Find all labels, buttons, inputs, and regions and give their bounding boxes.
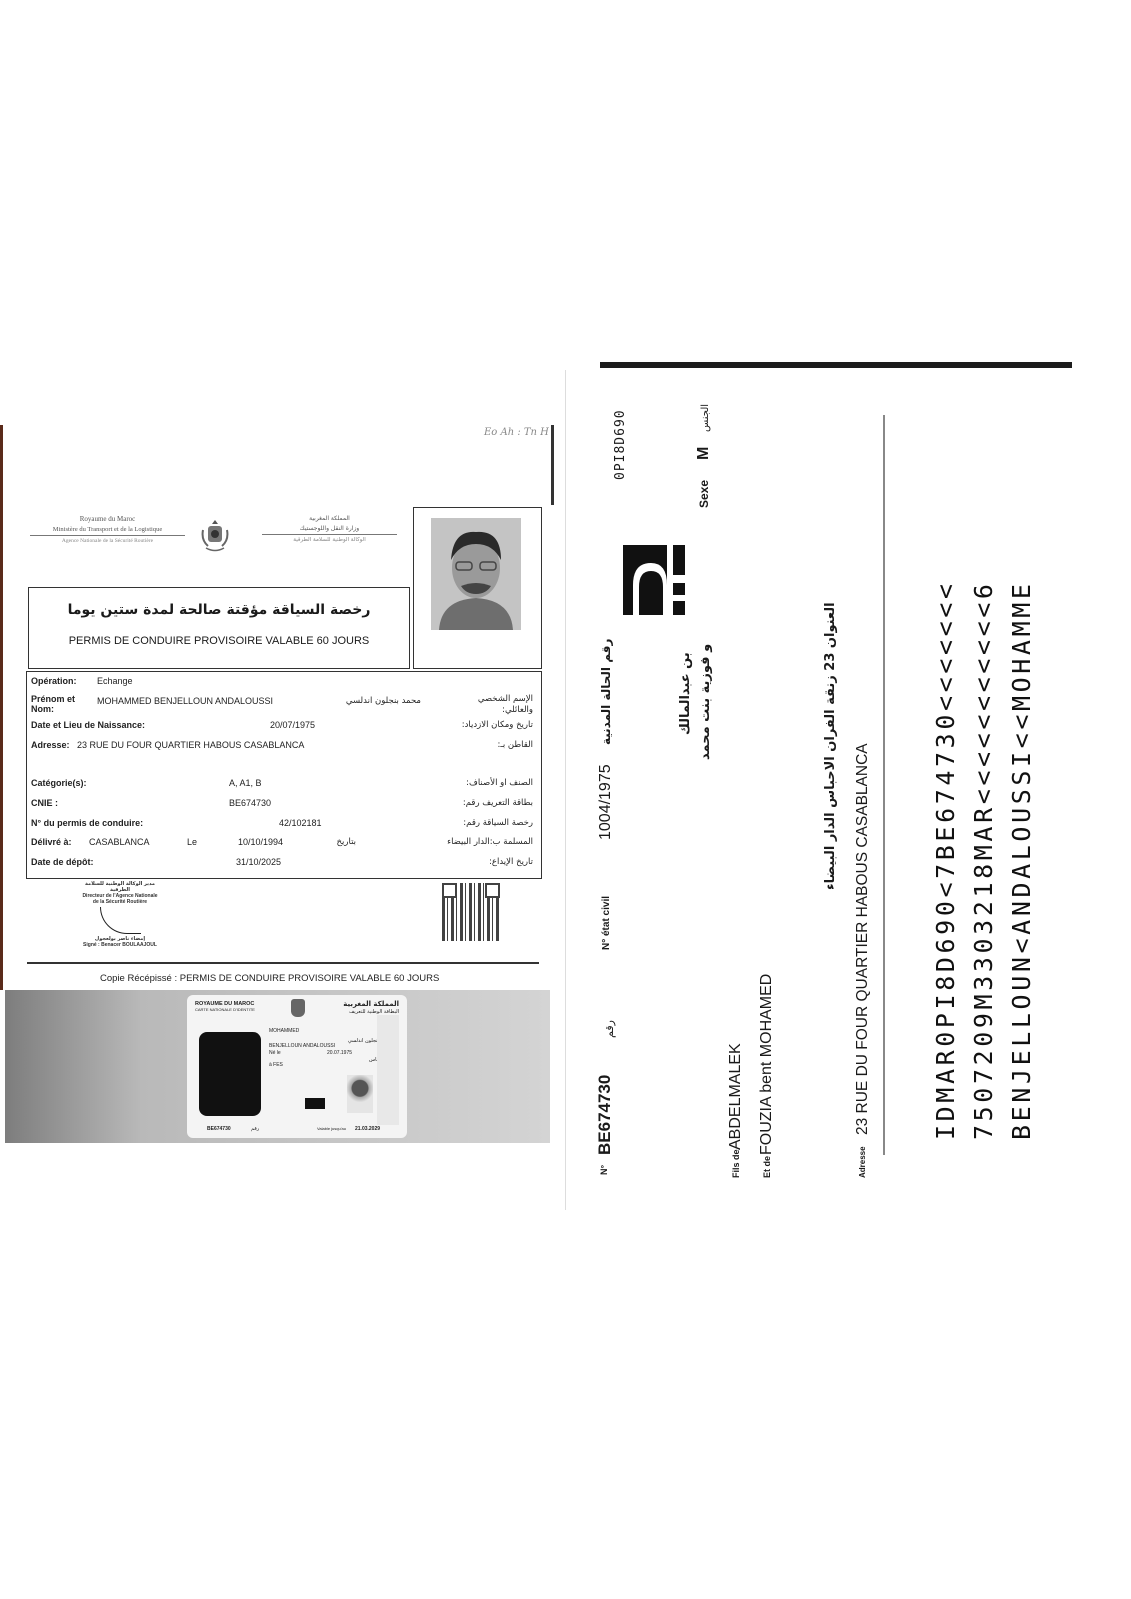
mother-name-ar: و فوزية بنت محمد: [698, 644, 713, 760]
qr-code-icon: [442, 883, 500, 941]
mother-name: FOUZIA bent MOHAMED: [758, 974, 776, 1155]
signature-scribble-icon: [100, 907, 141, 934]
father-name: ABDELMALEK: [727, 1043, 745, 1150]
provisional-permit-scan: Eo Ah : Tn H Royaume du Maroc Ministère …: [0, 425, 555, 1143]
coat-of-arms-icon: [200, 518, 230, 554]
permit-title-box: رخصة السياقة مؤقتة صالحة لمدة ستين يوما …: [28, 587, 410, 669]
coat-of-arms-icon: [291, 999, 305, 1017]
sex-value: M: [695, 447, 713, 460]
address-label: Adresse: [858, 1146, 867, 1178]
sex-label: Sexe: [697, 480, 711, 508]
redacted-photo: [199, 1032, 261, 1116]
header-french: Royaume du Maroc Ministère du Transport …: [30, 515, 185, 544]
civil-status-label: N° état civil: [601, 896, 612, 950]
address-ar: العنوان 23 زنقة الفران الاحباس الدار الب…: [823, 602, 838, 890]
chip-icon: [623, 545, 685, 615]
scan-edge: [600, 362, 1072, 368]
permit-title-ar: رخصة السياقة مؤقتة صالحة لمدة ستين يوما: [29, 602, 409, 618]
director-signature: مدير الوكالة الوطنية للسلامة الطرقية Dir…: [75, 881, 165, 948]
divider: [883, 415, 885, 1155]
redacted-field: [305, 1098, 325, 1109]
header-kingdom: Royaume du Maroc: [30, 515, 185, 523]
header-ministry: Ministère du Transport et de la Logistiq…: [30, 526, 185, 533]
card-number: BE674730: [595, 1075, 615, 1155]
id-small-photo: [347, 1075, 373, 1113]
header-agency: Agence Nationale de la Sécurité Routière: [30, 538, 185, 544]
scan-edge: [0, 425, 3, 990]
mrz-line-1: IDMAR0PI8D690<7BE674730<<<<<<<: [931, 580, 960, 1140]
father-name-ar: بن عبدالمالك: [678, 652, 693, 735]
mother-label: Et de: [762, 1156, 772, 1178]
holder-photo: [431, 518, 521, 630]
address-value: 23 RUE DU FOUR QUARTIER HABOUS CASABLANC…: [854, 743, 872, 1135]
card-number-label-ar: رقم: [603, 1020, 616, 1038]
mrz-line-2: 7507209M3303218MAR<<<<<<<<<<<6: [969, 580, 998, 1140]
header-arabic: المملكة المغربية وزارة النقل واللوجستيك …: [262, 515, 397, 543]
card-serial: 0PI8D690: [613, 409, 628, 480]
civil-status-number: 1004/1975: [597, 764, 615, 840]
header-agency-ar: الوكالة الوطنية للسلامة الطرقية: [262, 537, 397, 543]
header-ministry-ar: وزارة النقل واللوجستيك: [262, 525, 397, 532]
receipt-copy-label: Copie Récépissé : PERMIS DE CONDUIRE PRO…: [100, 973, 439, 984]
id-card-front: ROYAUME DU MAROC CARTE NATIONALE D'IDENT…: [187, 995, 407, 1138]
permit-title-fr: PERMIS DE CONDUIRE PROVISOIRE VALABLE 60…: [29, 635, 409, 647]
card-number-label: N°: [599, 1165, 609, 1175]
handwritten-note: Eo Ah : Tn H: [484, 427, 549, 438]
id-card-back-scan: N° BE674730 رقم N° état civil 1004/1975 …: [555, 360, 1075, 1210]
civil-status-label-ar: رقم الحالة المدنية: [599, 639, 613, 745]
permit-details-table: Opération: Echange Prénom et Nom: MOHAMM…: [26, 671, 542, 879]
header-kingdom-ar: المملكة المغربية: [262, 515, 397, 522]
father-label: Fils de: [731, 1149, 741, 1178]
id-card-front-scan: ROYAUME DU MAROC CARTE NATIONALE D'IDENT…: [5, 990, 550, 1143]
sex-label-ar: الجنس: [700, 404, 711, 432]
divider: [27, 962, 539, 964]
holder-photo-frame: [413, 507, 542, 669]
mrz-line-3: BENJELLOUN<ANDALOUSSI<<MOHAMME: [1007, 580, 1036, 1140]
scan-edge: [551, 425, 554, 505]
